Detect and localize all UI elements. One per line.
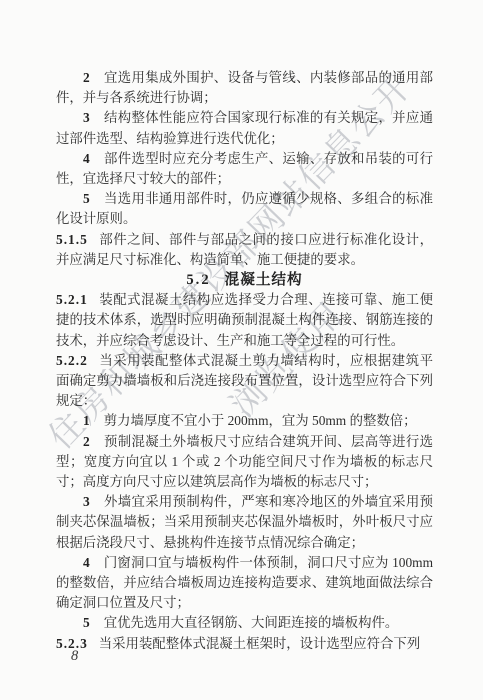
item-number: 4 [83,555,91,570]
item-number: 4 [83,151,91,166]
list-item-2b: 2预制混凝土外墙板尺寸应结合建筑开间、层高等进行选型；宽度方向宜以 1 个或 2… [56,432,433,493]
clause-text: 部件之间、部件与部品之间的接口应进行标准化设计，并应满足尺寸标准化、构造简单、施… [56,232,433,267]
item-number: 2 [83,434,91,449]
item-number: 2 [83,70,91,85]
section-title: 混凝土结构 [225,272,303,288]
list-item-5b: 5宜优先选用大直径钢筋、大间距连接的墙板构件。 [56,613,433,633]
item-text: 结构整体性能应符合国家现行标准的有关规定，并应通过部件选型、结构验算进行迭代优化… [56,110,433,145]
clause-5-2-2: 5.2.2当采用装配整体式混凝土剪力墙结构时，应根据建筑平面确定剪力墙墙板和后浇… [56,351,433,412]
clause-5-2-3: 5.2.3当采用装配整体式混凝土框架时，设计选型应符合下列 [56,634,433,654]
document-page: 住房和城乡建设部网站信息公开 浏览使用 2宜选用集成外围护、设备与管线、内装修部… [0,0,483,700]
list-item-4b: 4门窗洞口宜与墙板构件一体预制，洞口尺寸应为 100mm 的整数倍，并应结合墙板… [56,553,433,614]
list-item-1: 1剪力墙厚度不宜小于 200mm，宜为 50mm 的整数倍； [56,411,433,431]
item-text: 预制混凝土外墙板尺寸应结合建筑开间、层高等进行选型；宽度方向宜以 1 个或 2 … [56,434,433,489]
list-item-3b: 3外墙宜采用预制构件，严寒和寒冷地区的外墙宜采用预制夹芯保温墙板；当采用预制夹芯… [56,492,433,553]
clause-5-1-5: 5.1.5部件之间、部件与部品之间的接口应进行标准化设计，并应满足尺寸标准化、构… [56,230,433,270]
item-text: 剪力墙厚度不宜小于 200mm，宜为 50mm 的整数倍； [104,413,417,428]
clause-text: 当采用装配整体式混凝土剪力墙结构时，应根据建筑平面确定剪力墙墙板和后浇连接段布置… [56,353,433,408]
item-text: 宜优先选用大直径钢筋、大间距连接的墙板构件。 [104,615,399,630]
item-number: 3 [83,110,91,125]
page-body: 2宜选用集成外围护、设备与管线、内装修部品的通用部件，并与各系统进行协调； 3结… [56,68,433,654]
item-number: 1 [83,413,91,428]
clause-number: 5.2.2 [56,353,88,368]
item-number: 3 [83,494,91,509]
list-item-4: 4部件选型时应充分考虑生产、运输、存放和吊装的可行性，宜选择尺寸较大的部件； [56,149,433,189]
item-text: 当选用非通用部件时，仍应遵循少规格、多组合的标准化设计原则。 [56,191,433,226]
item-number: 5 [83,191,91,206]
item-text: 门窗洞口宜与墙板构件一体预制，洞口尺寸应为 100mm 的整数倍，并应结合墙板周… [56,555,433,610]
section-number: 5.2 [186,272,210,288]
clause-number: 5.2.1 [56,292,88,307]
section-heading: 5.2混凝土结构 [56,270,433,290]
clause-text: 当采用装配整体式混凝土框架时，设计选型应符合下列 [99,636,420,651]
item-text: 外墙宜采用预制构件，严寒和寒冷地区的外墙宜采用预制夹芯保温墙板；当采用预制夹芯保… [56,494,433,549]
page-number: 8 [71,648,78,665]
item-number: 5 [83,615,91,630]
list-item-5: 5当选用非通用部件时，仍应遵循少规格、多组合的标准化设计原则。 [56,189,433,229]
item-text: 部件选型时应充分考虑生产、运输、存放和吊装的可行性，宜选择尺寸较大的部件； [56,151,433,186]
list-item-3: 3结构整体性能应符合国家现行标准的有关规定，并应通过部件选型、结构验算进行迭代优… [56,108,433,148]
clause-number: 5.1.5 [56,232,88,247]
clause-5-2-1: 5.2.1装配式混凝土结构应选择受力合理、连接可靠、施工便捷的技术体系，选型时应… [56,290,433,351]
list-item-2: 2宜选用集成外围护、设备与管线、内装修部品的通用部件，并与各系统进行协调； [56,68,433,108]
item-text: 宜选用集成外围护、设备与管线、内装修部品的通用部件，并与各系统进行协调； [56,70,433,105]
clause-text: 装配式混凝土结构应选择受力合理、连接可靠、施工便捷的技术体系，选型时应明确预制混… [56,292,433,347]
